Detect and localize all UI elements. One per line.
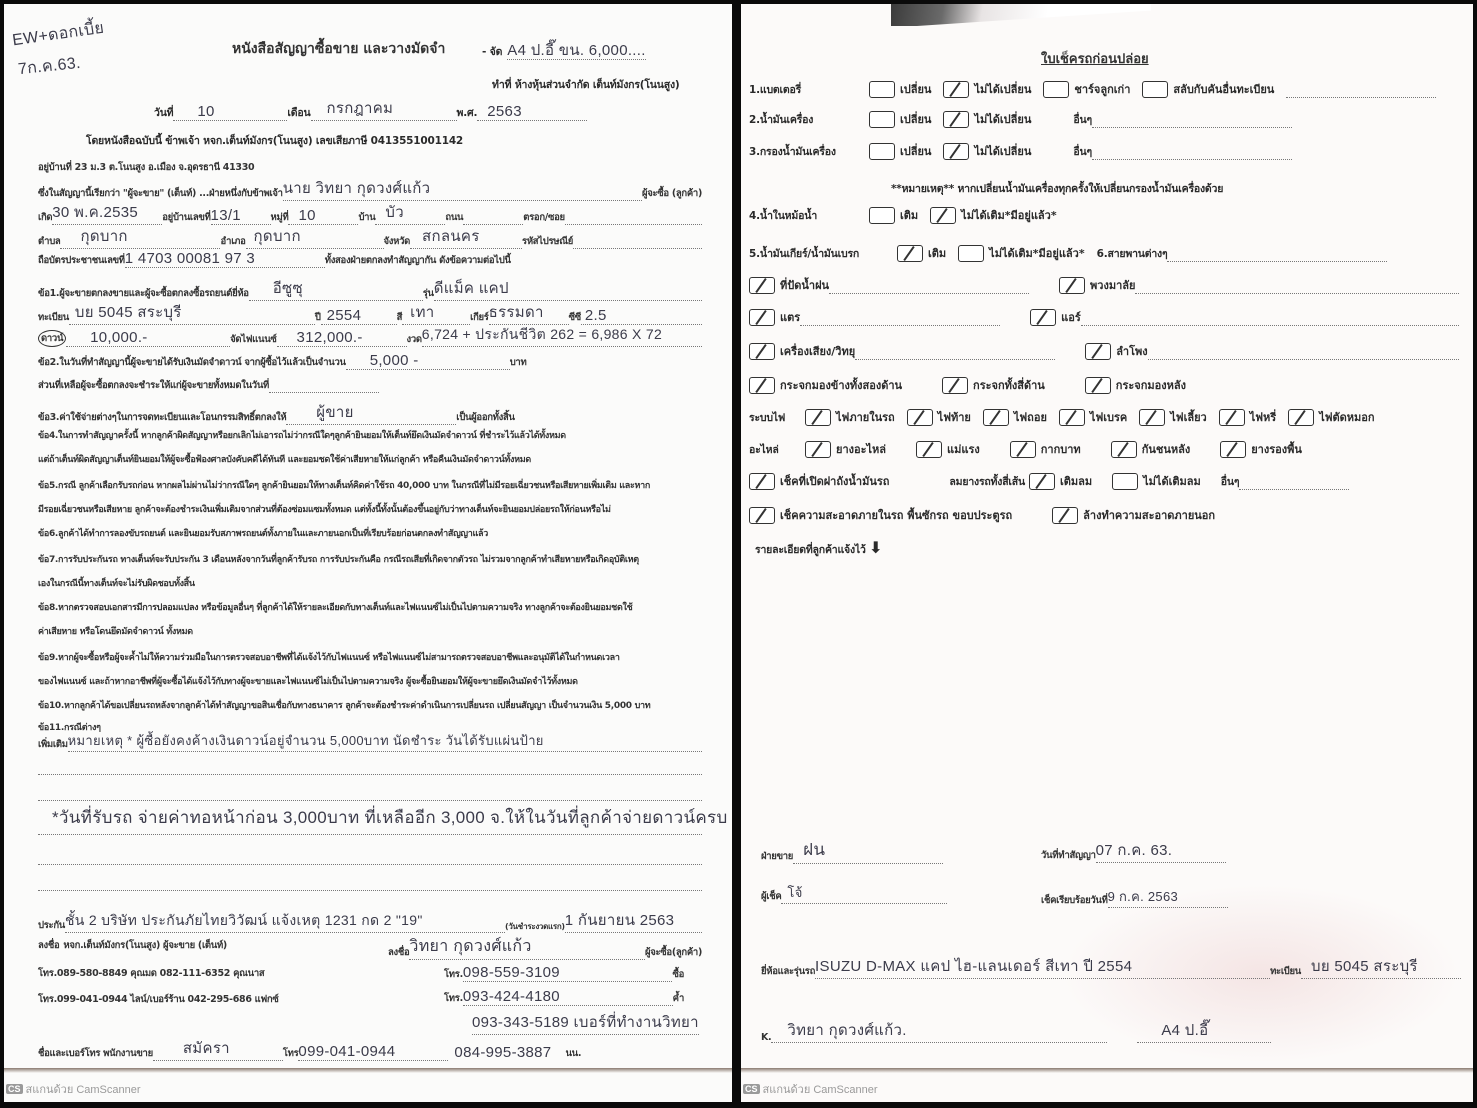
- checklist-gear-brake-oil: 5.น้ำมันเกียร์/น้ำมันเบรกเติมไม่ได้เติม*…: [749, 244, 1387, 262]
- empty-checkbox-icon[interactable]: [958, 245, 984, 262]
- buyer-house-no: 13/1: [211, 207, 271, 225]
- checked-checkbox-icon[interactable]: [897, 245, 923, 262]
- checklist-option[interactable]: ไฟตัดหมอก: [1288, 408, 1374, 426]
- finance-amount: 312,000.-: [277, 329, 407, 347]
- checklist-item-label: 2.น้ำมันเครื่อง: [749, 111, 869, 128]
- checked-checkbox-icon[interactable]: [1220, 441, 1246, 458]
- checklist-option[interactable]: กากบาท: [1010, 440, 1081, 458]
- checklist-option[interactable]: เปลี่ยน: [869, 142, 931, 160]
- car-color: เทา: [402, 300, 470, 325]
- checklist-item: 2.น้ำมันเครื่องเปลี่ยนไม่ได้เปลี่ยนอื่นๆ: [749, 110, 1292, 128]
- checked-checkbox-icon[interactable]: [1059, 277, 1085, 294]
- checked-checkbox-icon[interactable]: [1010, 441, 1036, 458]
- checklist-option[interactable]: ไฟภายในรถ: [805, 408, 895, 426]
- checklist-option[interactable]: เช็คความสะอาดภายในรถ พื้นซักรถ ขอบประตูร…: [749, 506, 1012, 524]
- salesperson-phone: 099-041-0944: [298, 1043, 448, 1061]
- checklist-option[interactable]: กระจกมองหลัง: [1085, 376, 1186, 394]
- checklist-option-label: ไม่ได้เปลี่ยน: [974, 80, 1031, 98]
- car-brand: อีซูซุ: [249, 276, 423, 301]
- checked-checkbox-icon[interactable]: [1030, 309, 1056, 326]
- contract-date-row: วันที่ทำสัญญา 07 ก.ค. 63.: [1041, 838, 1226, 863]
- checklist-option-label: ไฟตัดหมอก: [1319, 408, 1374, 426]
- checklist-option-label: กากบาท: [1041, 440, 1081, 458]
- date-day: 10: [173, 103, 287, 121]
- checked-checkbox-icon[interactable]: [1029, 473, 1055, 490]
- checklist-option[interactable]: ไฟเบรค: [1059, 408, 1127, 426]
- checklist-option-label: ไม่ได้เปลี่ยน: [974, 110, 1031, 128]
- checklist-option-label: แม่แรง: [947, 440, 980, 458]
- checklist-option-label: ไฟเลี้ยว: [1170, 408, 1206, 426]
- seller-name: ฝน: [793, 836, 943, 864]
- checklist-option[interactable]: แม่แรง: [916, 440, 980, 458]
- buyer-amphoe: กุดบาก: [246, 224, 384, 249]
- checklist-option[interactable]: ไม่ได้เปลี่ยน: [943, 80, 1031, 98]
- checklist-option[interactable]: ไม่ได้เปลี่ยน: [943, 142, 1031, 160]
- empty-checkbox-icon[interactable]: [1142, 81, 1168, 98]
- checklist-item-label: 3.กรองน้ำมันเครื่อง: [749, 143, 869, 160]
- belts-label: 6.สายพานต่างๆ: [1097, 245, 1168, 262]
- checklist-option[interactable]: เช็คที่เปิดฝาถังน้ำมันรถ: [749, 472, 889, 490]
- vehicle-checklist-page: ใบเช็ครถก่อนปล่อย 1.แบตเตอรี่เปลี่ยนไม่ไ…: [741, 4, 1473, 1102]
- checker-row: ผู้เช็ค โจ้: [761, 882, 947, 904]
- checklist-option-label: ที่ปัดน้ำฝน: [780, 276, 829, 294]
- extra-note-row: เพิ่มเติม หมายเหตุ * ผู้ซื้อยังคงค้างเงิ…: [38, 730, 702, 752]
- checked-checkbox-icon[interactable]: [943, 81, 969, 98]
- checklist-option-label: ลำโพง: [1116, 342, 1147, 360]
- checked-checkbox-icon[interactable]: [942, 377, 968, 394]
- checked-checkbox-icon[interactable]: [805, 441, 831, 458]
- checklist-option[interactable]: ยางอะไหล่: [805, 440, 886, 458]
- clause3-row: ข้อ3.ค่าใช้จ่ายต่างๆในการจดทะเบียนและโอน…: [38, 400, 515, 425]
- checklist-option-label: ไม่ได้เติมลม: [1143, 472, 1201, 490]
- checklist-option-label: เติม: [928, 244, 946, 262]
- empty-checkbox-icon[interactable]: [869, 207, 895, 224]
- checklist-option[interactable]: ล้างทำความสะอาดภายนอก: [1052, 506, 1215, 524]
- buyer-tambon: กุดบาก: [60, 224, 220, 249]
- checklist-option-label: กระจกทั้งสี่ด้าน: [973, 376, 1045, 394]
- checklist-option[interactable]: แอร์: [1030, 308, 1081, 326]
- checklist-option[interactable]: สลับกับคันอื่นทะเบียน: [1142, 80, 1274, 98]
- car-model: ดีแม็ค แคป: [434, 276, 702, 301]
- checklist-option-label: ไฟภายในรถ: [836, 408, 895, 426]
- checklist-option-label: เติมลม: [1060, 472, 1092, 490]
- buyer-road: [463, 208, 523, 225]
- clause-line: เองในกรณีนี้ทางเต็นท์จะไม่รับผิดชอบทั้งส…: [38, 576, 195, 590]
- checked-checkbox-icon[interactable]: [1085, 377, 1111, 394]
- checklist-option[interactable]: ไฟท้าย: [907, 408, 971, 426]
- buyer-address-row: เกิด 30 พ.ค.2535 อยู่บ้านเลขที่ 13/1 หมู…: [38, 200, 702, 225]
- checklist-pair-row: ที่ปัดน้ำฝนพวงมาลัย: [749, 276, 1459, 294]
- date-month: กรกฎาคม: [311, 96, 457, 121]
- checklist-option-label: เปลี่ยน: [900, 142, 931, 160]
- checklist-option[interactable]: ไม่ได้เติม*มีอยู่แล้ว*: [930, 206, 1056, 224]
- checklist-option-label: เติม: [900, 206, 918, 224]
- checked-checkbox-icon[interactable]: [1288, 409, 1314, 426]
- checked-checkbox-icon[interactable]: [749, 309, 775, 326]
- checked-date-row: เช็คเรียบร้อยวันที่ 9 ก.ค. 2563: [1041, 886, 1228, 908]
- checklist-option-label: เครื่องเสียง/วิทยุ: [780, 342, 855, 360]
- checklist-option[interactable]: พวงมาลัย: [1059, 276, 1135, 294]
- buyer-village: บัว: [375, 200, 445, 225]
- top-right-note: - จัด A4 ป.อี๊ ขน. 6,000....: [482, 38, 646, 62]
- car-year: 2554: [321, 307, 397, 325]
- checker-name: โจ้: [781, 882, 947, 904]
- buyer-birthdate: 30 พ.ค.2535: [52, 200, 162, 225]
- clause2-rest-row: ส่วนที่เหลือผู้จะซื้อตกลงจะชำระให้แก่ผู้…: [38, 376, 379, 393]
- checklist-item-label: อะไหล่: [749, 441, 805, 458]
- buyer-phone-1: 098-559-3109: [463, 964, 673, 982]
- checklist-fuel-tire: เช็คที่เปิดฝาถังน้ำมันรถลมยางรถทั้งสี่เส…: [749, 472, 1349, 490]
- checklist-option-label: เช็คความสะอาดภายในรถ พื้นซักรถ ขอบประตูร…: [780, 506, 1012, 524]
- checklist-option-label: เปลี่ยน: [900, 80, 931, 98]
- empty-checkbox-icon[interactable]: [1112, 473, 1138, 490]
- buyer-district-row: ตำบล กุดบาก อำเภอ กุดบาก จังหวัด สกลนคร …: [38, 224, 702, 249]
- checklist-option-label: ไม่ได้เปลี่ยน: [974, 142, 1031, 160]
- checklist-option[interactable]: เครื่องเสียง/วิทยุ: [749, 342, 855, 360]
- checklist-item: 1.แบตเตอรี่เปลี่ยนไม่ได้เปลี่ยนชาร์จลูกเ…: [749, 80, 1436, 98]
- installment: 6,724 + ประกันชีวิต 262 = 6,986 X 72: [422, 324, 702, 347]
- buyer-phone-4: 084-995-3887: [454, 1044, 551, 1061]
- checklist-item-label: ระบบไฟ: [749, 409, 805, 426]
- checklist-parts: อะไหล่ยางอะไหล่แม่แรงกากบาทกันชนหลังยางร…: [749, 440, 1332, 458]
- arrow-down-icon: ⬇: [869, 538, 882, 557]
- checked-checkbox-icon[interactable]: [749, 277, 775, 294]
- buyer-id-number: 1 4703 00081 97 3: [125, 250, 325, 268]
- clause-line: ข้อ8.หากตรวจสอบเอกสารมีการปลอมแปลง หรือข…: [38, 600, 632, 614]
- checked-checkbox-icon[interactable]: [1085, 343, 1111, 360]
- checklist-mirrors: กระจกมองข้างทั้งสองด้านกระจกทั้งสี่ด้านก…: [749, 376, 1226, 394]
- checklist-option[interactable]: กันชนหลัง: [1111, 440, 1191, 458]
- checklist-option-label: ล้างทำความสะอาดภายนอก: [1083, 506, 1215, 524]
- empty-checkbox-icon[interactable]: [1043, 81, 1069, 98]
- checklist-option-label: ไฟหรี่: [1250, 408, 1276, 426]
- clause-line: มีรอยเฉี่ยวชนหรือเสียหาย ลูกค้าจะต้องชำร…: [38, 502, 611, 516]
- salesperson-name: สมัครา: [153, 1036, 283, 1061]
- checked-checkbox-icon[interactable]: [1059, 409, 1085, 426]
- seller-row: ฝ่ายขาย ฝน: [761, 836, 943, 864]
- checklist-option[interactable]: ไม่ได้เปลี่ยน: [943, 110, 1031, 128]
- extra-note-2: *วันที่รับรถ จ่ายค่าทอหน้าก่อน 3,000บาท …: [52, 804, 728, 831]
- buyer-signature-value: วิทยา กุดวงศ์แก้ว: [409, 934, 645, 960]
- clause-line: ของไฟแนนซ์ และถ้าหากอาชีพที่ผู้จะซื้อได้…: [38, 674, 578, 688]
- camscanner-logo-icon: CS: [6, 1084, 23, 1094]
- checked-checkbox-icon[interactable]: [749, 343, 775, 360]
- contract-date: 07 ก.ค. 63.: [1096, 838, 1226, 863]
- checked-checkbox-icon[interactable]: [749, 377, 775, 394]
- buyer-soi: [565, 208, 702, 225]
- camscanner-logo-icon: CS: [743, 1084, 760, 1094]
- checklist-option[interactable]: เติม: [897, 244, 946, 262]
- clause-line: ข้อ4.ในการทำสัญญาครั้งนี้ หากลูกค้าผิดสั…: [38, 428, 566, 442]
- checklist-option[interactable]: เปลี่ยน: [869, 110, 931, 128]
- customer-row: K. วิทยา กุดวงศ์แก้ว. A4 ป.อี๊: [761, 1018, 1271, 1043]
- checklist-option-label: ไม่ได้เติม*มีอยู่แล้ว*: [989, 244, 1084, 262]
- checklist-option-label: แอร์: [1061, 308, 1081, 326]
- buyer-phone-3: 093-343-5189 เบอร์ที่ทำงานวิทยา: [472, 1010, 699, 1035]
- insurance-value: ชั้น 2 บริษัท ประกันภัยไทยวิวัฒน์ แจ้งเห…: [65, 910, 505, 933]
- down-payment: 10,000.-: [66, 329, 230, 347]
- clause-line: ข้อ7.การรับประกันรถ ทางเต็นท์จะรับประกัน…: [38, 552, 639, 566]
- insurance-row: ประกัน ชั้น 2 บริษัท ประกันภัยไทยวิวัฒน์…: [38, 908, 702, 933]
- registration-payer: ผู้ขาย: [286, 400, 456, 425]
- checklist-option-label: เปลี่ยน: [900, 110, 931, 128]
- checklist-pair-row: เครื่องเสียง/วิทยุลำโพง: [749, 342, 1459, 360]
- empty-checkbox-icon[interactable]: [869, 111, 895, 128]
- parties-row: ซึ่งในสัญญานี้เรียกว่า "ผู้จะขาย" (เต็นท…: [38, 176, 702, 201]
- checklist-option[interactable]: ไฟหรี่: [1219, 408, 1276, 426]
- seller-address: อยู่บ้านที่ 23 ม.3 ต.โนนสูง อ.เมือง จ.อุ…: [38, 160, 254, 175]
- checklist-option[interactable]: แตร: [749, 308, 800, 326]
- checked-checkbox-icon[interactable]: [916, 441, 942, 458]
- payment-row: ดาวน์ 10,000.- จัดไฟแนนซ์ 312,000.- งวด …: [38, 324, 702, 347]
- checklist-option[interactable]: ที่ปัดน้ำฝน: [749, 276, 829, 294]
- checklist-option-label: กันชนหลัง: [1142, 440, 1191, 458]
- checklist-option[interactable]: กระจกมองข้างทั้งสองด้าน: [749, 376, 902, 394]
- checked-checkbox-icon[interactable]: [1052, 507, 1078, 524]
- customer-note: A4 ป.อี๊: [1137, 1018, 1271, 1043]
- clause-line: ข้อ6.ลูกค้าได้ทำการลองขับรถยนต์ และยินยอ…: [38, 526, 488, 540]
- corner-note-line1: EW+ดอกเบี้ย: [11, 16, 106, 54]
- buyer-phone-2-row: โทร. 093-424-4180 ค้ำ: [444, 988, 684, 1006]
- checklist-option[interactable]: กระจกทั้งสี่ด้าน: [942, 376, 1045, 394]
- checked-checkbox-icon[interactable]: [943, 111, 969, 128]
- camscanner-watermark: CS สแกนด้วย CamScanner: [743, 1080, 878, 1098]
- contract-place: ทำที่ ห้างหุ้นส่วนจำกัด เต็นท์มังกร(โนนส…: [492, 76, 680, 93]
- buyer-phone-2: 093-424-4180: [463, 988, 673, 1006]
- car-info-row: ยี่ห้อและรุ่นรถ ISUZU D-MAX แคป ไฮ-แลนเด…: [761, 954, 1461, 979]
- checklist-option-label: สลับกับคันอื่นทะเบียน: [1173, 80, 1274, 98]
- empty-checkbox-icon[interactable]: [869, 143, 895, 160]
- folded-paper-corner: [891, 4, 1151, 26]
- empty-checkbox-icon[interactable]: [869, 81, 895, 98]
- checked-checkbox-icon[interactable]: [907, 409, 933, 426]
- checklist-option[interactable]: ลำโพง: [1085, 342, 1147, 360]
- checklist-option[interactable]: เติมลม: [1029, 472, 1092, 490]
- clause-line: ข้อ9.หากผู้จะซื้อหรือผู้จะค้ำไม่ให้ความร…: [38, 650, 620, 664]
- checked-checkbox-icon[interactable]: [943, 143, 969, 160]
- buyer-postal: [573, 232, 702, 249]
- date-year: 2563: [477, 103, 587, 121]
- customer-name: วิทยา กุดวงศ์แก้ว.: [771, 1018, 1107, 1043]
- checked-checkbox-icon[interactable]: [749, 507, 775, 524]
- checklist-option-label: กระจกมองหลัง: [1116, 376, 1186, 394]
- checklist-option-label: พวงมาลัย: [1090, 276, 1135, 294]
- checklist-option-label: ยางรองพื้น: [1251, 440, 1302, 458]
- checked-checkbox-icon[interactable]: [930, 207, 956, 224]
- car-info: ISUZU D-MAX แคป ไฮ-แลนเดอร์ สีเทา ปี 255…: [815, 954, 1270, 979]
- checked-checkbox-icon[interactable]: [1219, 409, 1245, 426]
- checklist-option[interactable]: ไฟถอย: [983, 408, 1047, 426]
- checklist-pair-row: แตรแอร์: [749, 308, 1459, 326]
- checked-checkbox-icon[interactable]: [983, 409, 1009, 426]
- corner-note-line2: 7ก.ค.63.: [17, 51, 82, 82]
- checklist-option[interactable]: เติม: [869, 206, 918, 224]
- seller-phones-1: โทร.089-580-8849 คุณมด 082-111-6352 คุณน…: [38, 966, 264, 981]
- checklist-option-label: ไม่ได้เติม*มีอยู่แล้ว*: [961, 206, 1056, 224]
- buyer-phone-1-row: โทร. 098-559-3109 ซื้อ: [444, 964, 684, 982]
- contract-date-row: วันที่ 10 เดือน กรกฎาคม พ.ศ. 2563: [154, 96, 587, 121]
- buyer-moo: 10: [288, 207, 358, 225]
- clause-line: ข้อ5.กรณี ลูกค้าเลือกรับรถก่อน หากผลไม่ผ…: [38, 478, 650, 492]
- checklist-option[interactable]: ไฟเลี้ยว: [1139, 408, 1206, 426]
- checklist-option-label: กระจกมองข้างทั้งสองด้าน: [780, 376, 902, 394]
- contract-title: หนังสือสัญญาซื้อขาย และวางมัดจำ: [232, 38, 445, 60]
- salesperson-row: ชื่อและเบอร์โทร พนักงานขาย สมัครา โทร 09…: [38, 1036, 702, 1061]
- checklist-lights: ระบบไฟไฟภายในรถไฟท้ายไฟถอยไฟเบรคไฟเลี้ยว…: [749, 408, 1387, 426]
- camscanner-watermark: CS สแกนด้วย CamScanner: [6, 1080, 141, 1098]
- checked-checkbox-icon[interactable]: [805, 409, 831, 426]
- checklist-option-label: ไฟเบรค: [1090, 408, 1127, 426]
- buyer-name: นาย วิทยา กุดวงศ์แก้ว: [283, 176, 642, 201]
- checked-checkbox-icon[interactable]: [749, 473, 775, 490]
- checklist-option-label: แตร: [780, 308, 800, 326]
- checklist-option-label: เช็คที่เปิดฝาถังน้ำมันรถ: [780, 472, 889, 490]
- checklist-option-label: ไฟท้าย: [938, 408, 971, 426]
- buyer-signature: ลงชื่อ วิทยา กุดวงศ์แก้ว ผู้จะซื้อ(ลูกค้…: [388, 934, 702, 960]
- checklist-option[interactable]: ไม่ได้เติมลม: [1112, 472, 1201, 490]
- checklist-option-label: ชาร์จลูกเก่า: [1074, 80, 1130, 98]
- checklist-option[interactable]: เปลี่ยน: [869, 80, 931, 98]
- checklist-option[interactable]: ไม่ได้เติม*มีอยู่แล้ว*: [958, 244, 1084, 262]
- checked-checkbox-icon[interactable]: [1111, 441, 1137, 458]
- clause-line: แต่ถ้าเต็นท์ผิดสัญญาเต็นท์ยินยอมให้ผู้จะ…: [38, 452, 531, 466]
- car-detail-row: ทะเบียน บย 5045 สระบุรี ปี 2554 สี เทา เ…: [38, 300, 702, 325]
- clause2-row: ข้อ2.ในวันที่ทำสัญญานี้ผู้จะขายได้รับเงิ…: [38, 352, 526, 370]
- seller-signature: ลงชื่อ หจก.เต็นท์มังกร(โนนสูง) ผู้จะขาย …: [38, 938, 227, 953]
- car-registration-check: บย 5045 สระบุรี: [1301, 954, 1461, 979]
- checklist-option[interactable]: ชาร์จลูกเก่า: [1043, 80, 1130, 98]
- checklist-radiator: 4.น้ำในหม้อน้ำเติมไม่ได้เติม*มีอยู่แล้ว*: [749, 206, 1069, 224]
- car-gear: ธรรมดา: [489, 300, 569, 325]
- seller-phones-2: โทร.099-041-0944 ไลน์/เบอร์ร้าน 042-295-…: [38, 992, 279, 1007]
- tire-label: ลมยางรถทั้งสี่เส้น: [949, 473, 1025, 490]
- deposit-amount: 5,000 -: [346, 352, 510, 370]
- checked-date: 9 ก.ค. 2563: [1108, 886, 1228, 908]
- checklist-item-label: 4.น้ำในหม้อน้ำ: [749, 207, 869, 224]
- buyer-province: สกลนคร: [410, 224, 522, 249]
- checked-checkbox-icon[interactable]: [1139, 409, 1165, 426]
- clause-line: ค่าเสียหาย หรือโดนยึดมัดจำดาวน์ ทั้งหมด: [38, 624, 193, 638]
- extra-note-1: หมายเหตุ * ผู้ซื้อยังคงค้างเงินดาวน์อยู่…: [68, 730, 702, 752]
- clause-line: ข้อ10.หากลูกค้าได้ขอเปลี่ยนรถหลังจากลูกค…: [38, 698, 650, 712]
- top-right-handwritten: A4 ป.อี๊ ขน. 6,000....: [507, 42, 645, 60]
- down-label: ดาวน์: [38, 330, 66, 347]
- customer-detail-label: รายละเอียดที่ลูกค้าแจ้งไว้ ⬇: [755, 538, 882, 558]
- checklist-option[interactable]: ยางรองพื้น: [1220, 440, 1302, 458]
- checklist-item: 3.กรองน้ำมันเครื่องเปลี่ยนไม่ได้เปลี่ยนอ…: [749, 142, 1292, 160]
- car-cc: 2.5: [581, 307, 702, 325]
- checklist-item-label: 5.น้ำมันเกียร์/น้ำมันเบรก: [749, 245, 897, 262]
- checklist-title: ใบเช็ครถก่อนปล่อย: [1041, 48, 1149, 69]
- checklist-note: **หมายเหตุ** หากเปลี่ยนน้ำมันเครื่องทุกค…: [891, 180, 1223, 197]
- checklist-option-label: ยางอะไหล่: [836, 440, 886, 458]
- checklist-cleaning: เช็คความสะอาดภายในรถ พื้นซักรถ ขอบประตูร…: [749, 506, 1227, 524]
- checklist-item-label: 1.แบตเตอรี่: [749, 81, 869, 98]
- contract-intro: โดยหนังสือฉบับนี้ ข้าพเจ้า หจก.เต็นท์มัง…: [86, 132, 463, 149]
- sales-contract-page: EW+ดอกเบี้ย 7ก.ค.63. หนังสือสัญญาซื้อขาย…: [4, 4, 732, 1102]
- car-registration: บย 5045 สระบุรี: [69, 300, 315, 325]
- checklist-option-label: ไฟถอย: [1014, 408, 1047, 426]
- clause1-row: ข้อ1.ผู้จะขายตกลงขายและผู้จะซื้อตกลงซื้อ…: [38, 276, 702, 301]
- first-installment-date: 1 กันยายน 2563: [565, 908, 702, 933]
- buyer-id-row: ถือบัตรประชาชนเลขที่ 1 4703 00081 97 3 ท…: [38, 250, 511, 268]
